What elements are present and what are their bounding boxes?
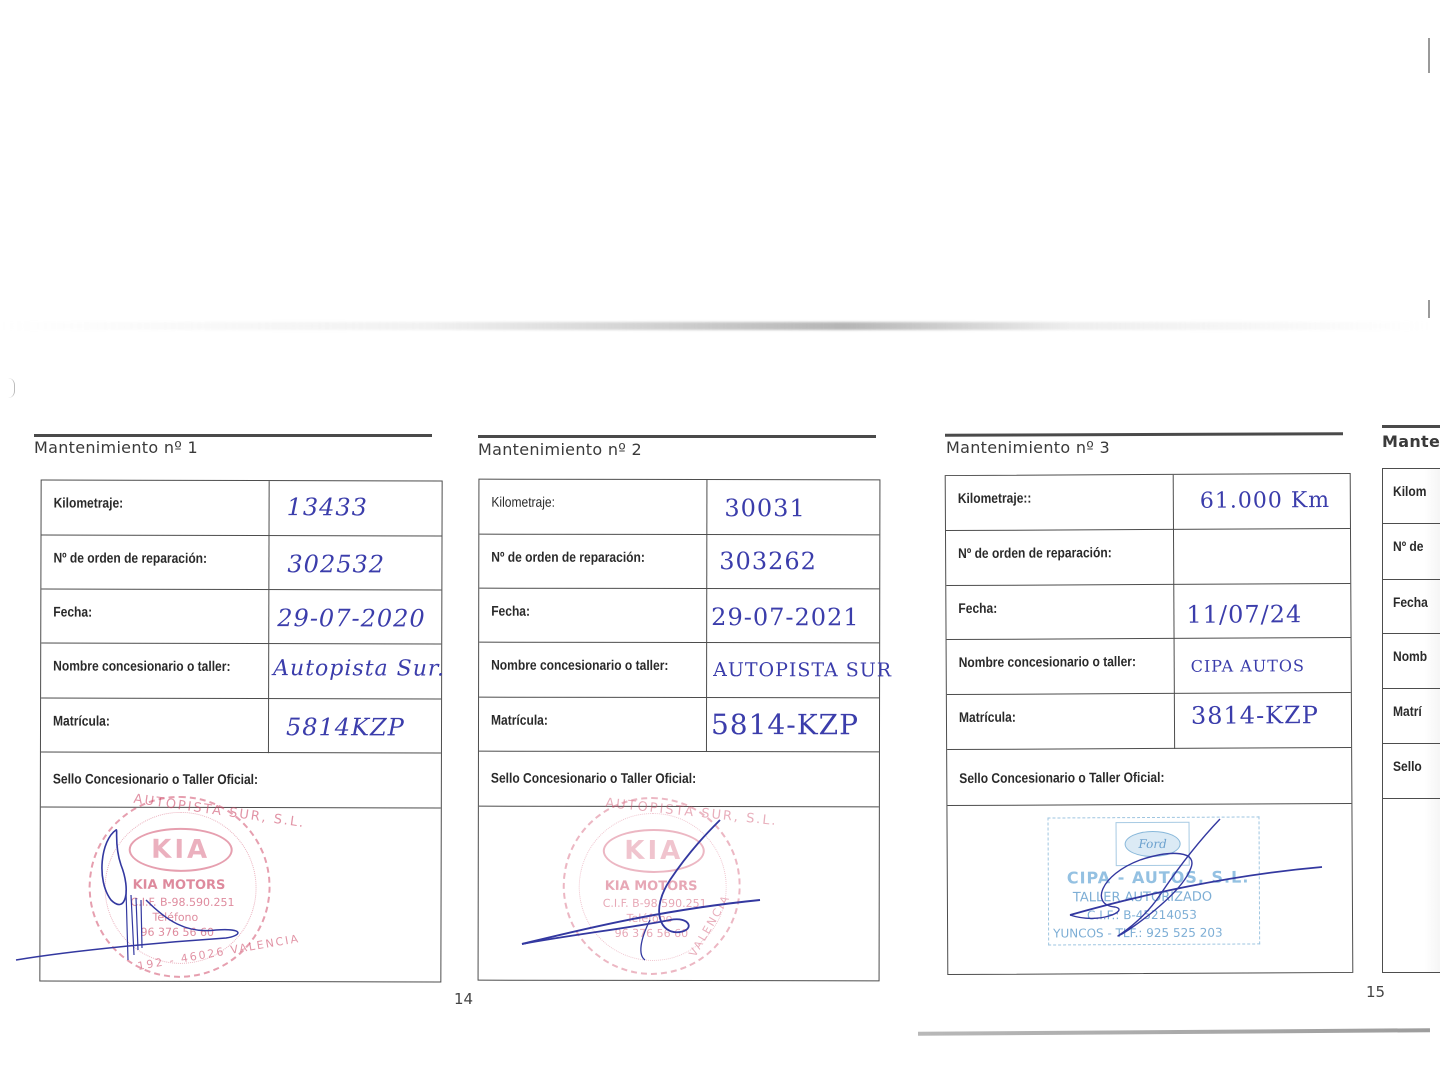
section-title: Mantenimiento nº 1 xyxy=(34,438,198,457)
label-partial: Kilom xyxy=(1393,483,1426,499)
row-matricula: Matrí xyxy=(1383,689,1440,744)
label-kilometraje: Kilometraje: xyxy=(491,494,555,510)
label-fecha: Fecha: xyxy=(53,604,92,620)
row-kilometraje: Kilometraje: 30031 xyxy=(479,480,879,536)
row-orden: Nº de orden de reparación: 303262 xyxy=(479,535,879,590)
label-partial: Nomb xyxy=(1393,648,1427,664)
value-orden: 302532 xyxy=(287,550,385,578)
row-orden: Nº de orden de reparación: xyxy=(946,529,1350,586)
label-fecha: Fecha: xyxy=(491,603,530,619)
value-kilometraje: 13433 xyxy=(287,493,368,521)
value-nombre: AUTOPISTA SUR xyxy=(713,659,892,681)
value-fecha: 29-07-2020 xyxy=(277,604,425,632)
row-fecha: Fecha: 29-07-2021 xyxy=(479,589,879,644)
signature-3 xyxy=(1060,815,1330,955)
row-sello: Sello Concesionario o Taller Oficial: xyxy=(947,748,1351,806)
value-nombre: CIPA AUTOS xyxy=(1191,656,1305,676)
value-matricula: 3814-KZP xyxy=(1191,701,1319,730)
scan-edge-mark xyxy=(1428,300,1430,318)
row-fecha: Fecha: 11/07/24 xyxy=(946,584,1350,640)
value-kilometraje: 61.000 Km xyxy=(1200,488,1330,514)
page-number-left: 14 xyxy=(454,990,473,1008)
label-fecha: Fecha: xyxy=(958,600,997,616)
value-nombre: Autopista Sur. xyxy=(273,656,445,681)
section-rule xyxy=(34,434,432,437)
row-kilometraje: Kilometraje:: 61.000 Km xyxy=(946,474,1350,531)
section-rule xyxy=(1382,425,1440,428)
label-nombre: Nombre concesionario o taller: xyxy=(491,657,668,673)
section-title: Mantenimiento nº 2 xyxy=(478,440,642,459)
section-rule xyxy=(478,435,876,438)
scan-fold-shadow xyxy=(0,322,1430,330)
signature-2 xyxy=(520,810,780,960)
row-kilometraje: Kilom xyxy=(1383,469,1440,524)
label-orden: Nº de orden de reparación: xyxy=(958,544,1112,561)
value-matricula: 5814KZP xyxy=(286,713,405,741)
value-fecha: 11/07/24 xyxy=(1186,600,1302,629)
row-matricula: Matrícula: 5814KZP xyxy=(41,698,441,753)
row-kilometraje: Kilometraje: 13433 xyxy=(42,480,442,536)
row-orden: Nº de orden de reparación: 302532 xyxy=(41,535,441,590)
maintenance-form-partial: Kilom Nº de Fecha Nomb Matrí Sello xyxy=(1382,468,1440,973)
label-orden: Nº de orden de reparación: xyxy=(491,549,645,565)
row-matricula: Matrícula: 5814-KZP xyxy=(479,698,879,753)
value-orden: 303262 xyxy=(719,547,817,575)
label-matricula: Matrícula: xyxy=(53,713,110,729)
label-partial: Fecha xyxy=(1393,594,1428,610)
row-sello: Sello Concesionario o Taller Oficial: xyxy=(479,752,879,808)
row-nombre: Nomb xyxy=(1383,634,1440,689)
row-fecha: Fecha: 29-07-2020 xyxy=(41,589,441,644)
label-sello: Sello Concesionario o Taller Oficial: xyxy=(959,769,1164,786)
row-nombre: Nombre concesionario o taller: CIPA AUTO… xyxy=(947,638,1351,695)
row-nombre: Nombre concesionario o taller: Autopista… xyxy=(41,643,441,699)
row-sello: Sello xyxy=(1383,744,1440,799)
label-kilometraje: Kilometraje:: xyxy=(958,490,1032,506)
label-partial: Sello xyxy=(1393,758,1422,774)
value-fecha: 29-07-2021 xyxy=(711,603,859,631)
value-matricula: 5814-KZP xyxy=(711,708,859,741)
value-kilometraje: 30031 xyxy=(724,494,805,522)
signature-1 xyxy=(16,820,256,970)
row-orden: Nº de xyxy=(1383,524,1440,580)
label-nombre: Nombre concesionario o taller: xyxy=(53,658,230,674)
label-nombre: Nombre concesionario o taller: xyxy=(959,653,1136,670)
label-sello: Sello Concesionario o Taller Oficial: xyxy=(53,771,258,788)
scan-mark xyxy=(8,378,15,398)
label-partial: Matrí xyxy=(1393,703,1422,719)
scan-edge-mark xyxy=(1428,38,1430,73)
section-rule xyxy=(945,432,1343,436)
row-sello: Sello Concesionario o Taller Oficial: xyxy=(41,752,441,808)
row-matricula: Matrícula: 3814-KZP xyxy=(947,693,1351,750)
label-matricula: Matrícula: xyxy=(959,709,1016,725)
label-partial: Nº de xyxy=(1393,538,1423,554)
section-title: Mante xyxy=(1382,432,1440,451)
row-nombre: Nombre concesionario o taller: AUTOPISTA… xyxy=(479,643,879,699)
label-kilometraje: Kilometraje: xyxy=(54,495,124,511)
row-fecha: Fecha xyxy=(1383,580,1440,634)
page-number-right: 15 xyxy=(1366,983,1385,1001)
label-orden: Nº de orden de reparación: xyxy=(53,550,207,566)
label-matricula: Matrícula: xyxy=(491,712,548,728)
scan-page-edge xyxy=(918,1028,1430,1036)
label-sello: Sello Concesionario o Taller Oficial: xyxy=(491,770,696,786)
section-title: Mantenimiento nº 3 xyxy=(946,438,1110,457)
